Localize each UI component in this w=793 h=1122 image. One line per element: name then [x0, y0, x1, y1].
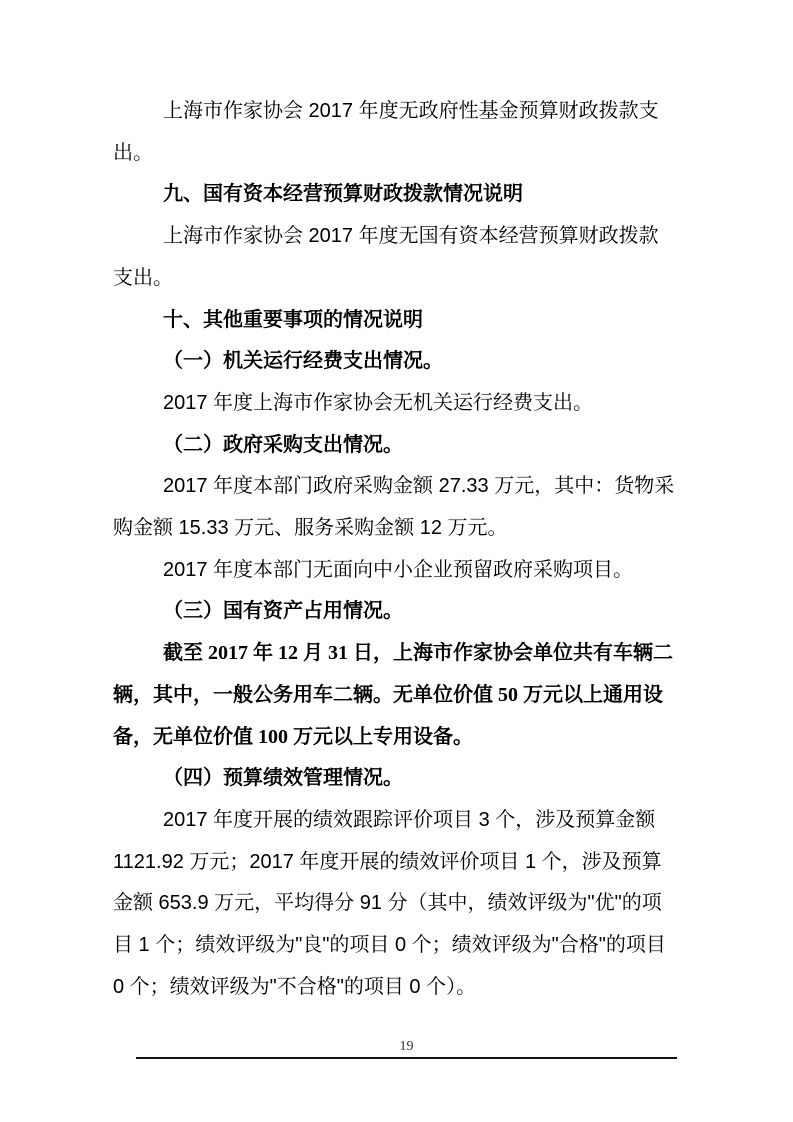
paragraph-line: 2017 年度开展的绩效跟踪评价项目 3 个，涉及预算金额 — [113, 800, 683, 842]
paragraph-line: 出。 — [113, 133, 683, 175]
subsection-heading-4: （四）预算绩效管理情况。 — [113, 758, 683, 800]
paragraph-line: 金额 653.9 万元，平均得分 91 分（其中，绩效评级为"优"的项 — [113, 883, 683, 925]
footer-divider-line — [136, 1057, 677, 1059]
subsection-heading-3: （三）国有资产占用情况。 — [113, 591, 683, 633]
paragraph-line: 截至 2017 年 12 月 31 日，上海市作家协会单位共有车辆二 — [113, 633, 683, 675]
paragraph-line: 2017 年度本部门政府采购金额 27.33 万元，其中：货物采 — [113, 466, 683, 508]
paragraph-line: 2017 年度本部门无面向中小企业预留政府采购项目。 — [113, 550, 683, 592]
paragraph-line: 上海市作家协会 2017 年度无国有资本经营预算财政拨款 — [113, 216, 683, 258]
paragraph-line: 购金额 15.33 万元、服务采购金额 12 万元。 — [113, 508, 683, 550]
paragraph-line: 支出。 — [113, 258, 683, 300]
subsection-heading-2: （二）政府采购支出情况。 — [113, 425, 683, 467]
section-heading-10: 十、其他重要事项的情况说明 — [113, 300, 683, 342]
paragraph-line: 辆，其中，一般公务用车二辆。无单位价值 50 万元以上通用设 — [113, 675, 683, 717]
subsection-heading-1: （一）机关运行经费支出情况。 — [113, 341, 683, 383]
paragraph-line: 0 个；绩效评级为"不合格"的项目 0 个）。 — [113, 967, 683, 1009]
page-number: 19 — [136, 1039, 677, 1055]
section-heading-9: 九、国有资本经营预算财政拨款情况说明 — [113, 174, 683, 216]
document-body: 上海市作家协会 2017 年度无政府性基金预算财政拨款支 出。 九、国有资本经营… — [113, 91, 683, 1008]
paragraph-line: 1121.92 万元；2017 年度开展的绩效评价项目 1 个，涉及预算 — [113, 842, 683, 884]
paragraph-line: 备，无单位价值 100 万元以上专用设备。 — [113, 717, 683, 759]
document-page: 上海市作家协会 2017 年度无政府性基金预算财政拨款支 出。 九、国有资本经营… — [0, 0, 793, 1122]
paragraph-line: 2017 年度上海市作家协会无机关运行经费支出。 — [113, 383, 683, 425]
paragraph-line: 上海市作家协会 2017 年度无政府性基金预算财政拨款支 — [113, 91, 683, 133]
paragraph-line: 目 1 个；绩效评级为"良"的项目 0 个；绩效评级为"合格"的项目 — [113, 925, 683, 967]
